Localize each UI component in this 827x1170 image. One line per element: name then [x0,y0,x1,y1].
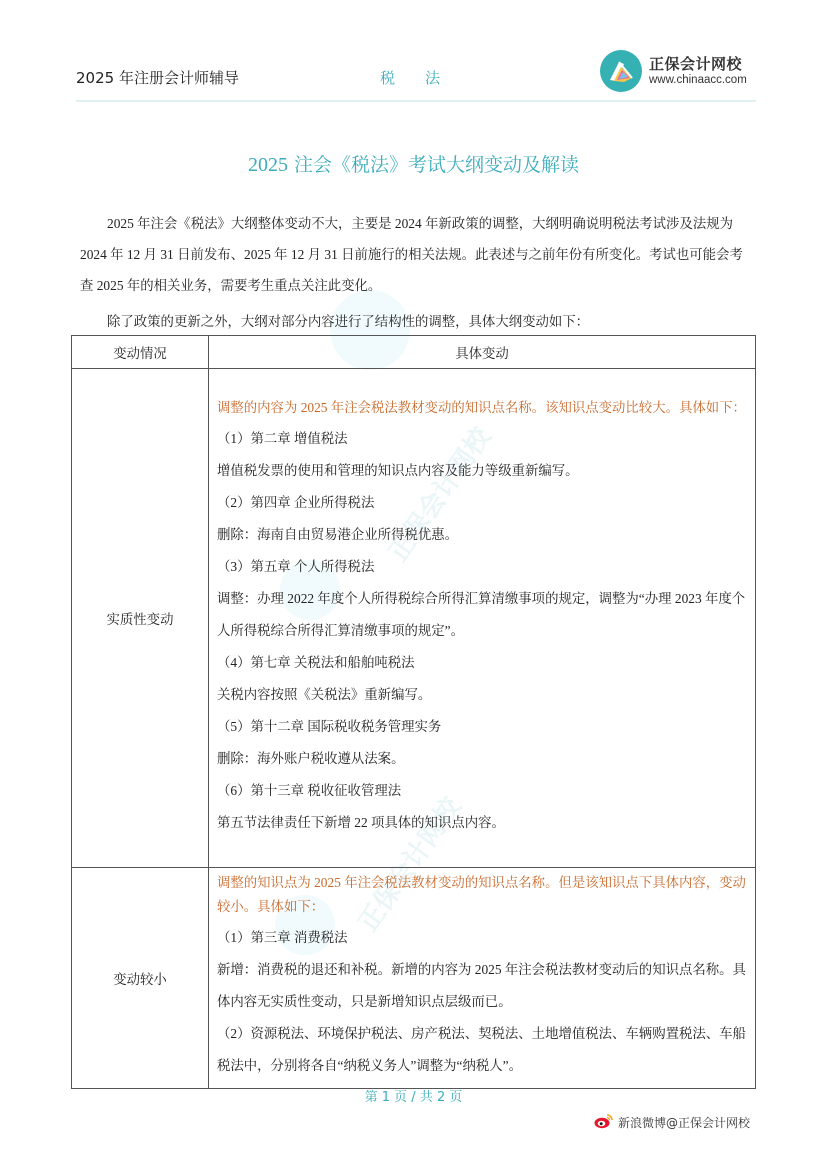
brand-logo: 正保会计网校 www.chinaacc.com [600,50,760,94]
logo-url: www.chinaacc.com [649,74,747,86]
header-change-type: 变动情况 [72,336,209,369]
header-divider [76,100,756,102]
structure-paragraph: 除了政策的更新之外，大纲对部分内容进行了结构性的调整，具体大纲变动如下： [80,306,752,337]
detail-item: （3）第五章 个人所得税法 [217,551,748,583]
detail-item: （6）第十三章 税收征收管理法 [217,775,748,807]
detail-item: 新增：消费税的退还和补税。新增的内容为 2025 年注会税法教材变动后的知识点名… [217,954,748,1018]
detail-item: （5）第十二章 国际税收税务管理实务 [217,711,748,743]
detail-item: （2）第四章 企业所得税法 [217,487,748,519]
intro-paragraph: 2025 年注会《税法》大纲整体变动不大，主要是 2024 年新政策的调整，大纲… [80,208,752,301]
weibo-link[interactable]: 新浪微博@正保会计网校 [594,1113,750,1132]
detail-item: 删除：海外账户税收遵从法案。 [217,743,748,775]
page-indicator: 第 1 页 / 共 2 页 [0,1086,827,1105]
weibo-icon [594,1113,614,1132]
detail-item: 增值税发票的使用和管理的知识点内容及能力等级重新编写。 [217,455,748,487]
detail-item: 第五节法律责任下新增 22 项具体的知识点内容。 [217,807,748,839]
header-change-detail: 具体变动 [209,336,756,369]
detail-item: （2）资源税法、环境保护税法、房产税法、契税法、土地增值税法、车辆购置税法、车船… [217,1018,748,1082]
logo-brand-name: 正保会计网校 [649,53,742,74]
detail-item: 删除：海南自由贸易港企业所得税优惠。 [217,519,748,551]
chinaacc-logo-icon [600,50,642,92]
detail-item: （1）第三章 消费税法 [217,922,748,954]
table-row: 实质性变动 调整的内容为 2025 年注会税法教材变动的知识点名称。该知识点变动… [72,369,756,868]
row-intro: 调整的知识点为 2025 年注会税法教材变动的知识点名称。但是该知识点下具体内容… [217,869,748,922]
row-detail: 调整的内容为 2025 年注会税法教材变动的知识点名称。该知识点变动比较大。具体… [209,369,756,868]
weibo-label: 新浪微博@正保会计网校 [618,1114,750,1131]
detail-item: 关税内容按照《关税法》重新编写。 [217,679,748,711]
detail-item: （1）第二章 增值税法 [217,423,748,455]
row-intro: 调整的内容为 2025 年注会税法教材变动的知识点名称。该知识点变动比较大。具体… [217,393,748,423]
row-category: 变动较小 [72,868,209,1089]
header-subject: 税法 [380,67,470,88]
detail-item: 调整：办理 2022 年度个人所得税综合所得汇算清缴事项的规定，调整为“办理 2… [217,583,748,647]
header-course-title: 2025 年注册会计师辅导 [76,67,239,88]
page-header: 2025 年注册会计师辅导 税法 正保会计网校 www.chinaacc.com [76,50,756,102]
document-title: 2025 注会《税法》考试大纲变动及解读 [0,150,827,177]
detail-item: （4）第七章 关税法和船舶吨税法 [217,647,748,679]
title-year: 2025 [248,154,288,176]
row-category: 实质性变动 [72,369,209,868]
row-detail: 调整的知识点为 2025 年注会税法教材变动的知识点名称。但是该知识点下具体内容… [209,868,756,1089]
outline-change-table: 变动情况 具体变动 实质性变动 调整的内容为 2025 年注会税法教材变动的知识… [71,335,756,1089]
title-text: 注会《税法》考试大纲变动及解读 [294,154,579,176]
table-row: 变动较小 调整的知识点为 2025 年注会税法教材变动的知识点名称。但是该知识点… [72,868,756,1089]
table-header-row: 变动情况 具体变动 [72,336,756,369]
